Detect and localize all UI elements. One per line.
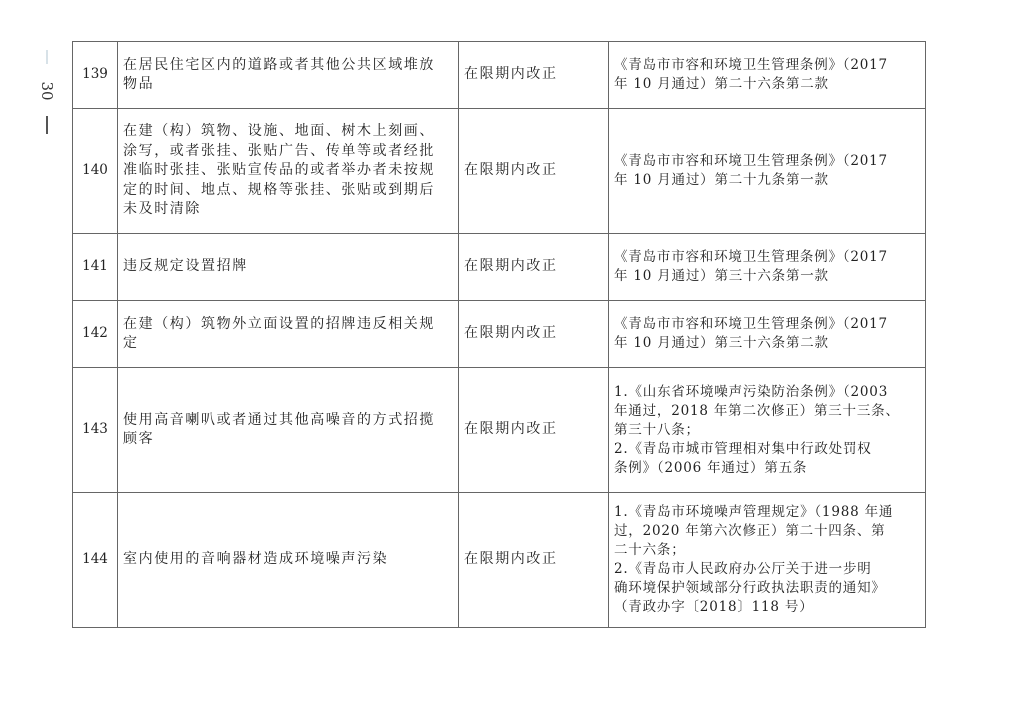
page-number-bar-top (46, 50, 48, 64)
text-line: 1.《青岛市环境噪声管理规定》（1988 年通 (614, 503, 921, 522)
text-line: 顾客 (123, 430, 453, 450)
text-line: 《青岛市市容和环境卫生管理条例》（2017 (614, 56, 921, 75)
table-row: 142在建（构）筑物外立面设置的招牌违反相关规定在限期内改正《青岛市市容和环境卫… (73, 301, 926, 368)
text-line: 年 10 月通过）第二十九条第一款 (614, 171, 921, 190)
legal-basis: 《青岛市市容和环境卫生管理条例》（2017年 10 月通过）第二十九条第一款 (609, 109, 926, 234)
penalty-table: 139在居民住宅区内的道路或者其他公共区域堆放物品在限期内改正《青岛市市容和环境… (72, 41, 926, 628)
text-line: 物品 (123, 75, 453, 95)
corrective-measure: 在限期内改正 (459, 301, 609, 368)
table-row: 144室内使用的音响器材造成环境噪声污染在限期内改正1.《青岛市环境噪声管理规定… (73, 493, 926, 628)
text-line: 1.《山东省环境噪声污染防治条例》（2003 (614, 383, 921, 402)
text-line: 确环境保护领域部分行政执法职责的通知》 (614, 579, 921, 598)
text-line: 《青岛市市容和环境卫生管理条例》（2017 (614, 152, 921, 171)
text-line: 2.《青岛市人民政府办公厅关于进一步明 (614, 560, 921, 579)
text-line: 年 10 月通过）第三十六条第二款 (614, 334, 921, 353)
legal-basis: 1.《青岛市环境噪声管理规定》（1988 年通过，2020 年第六次修正）第二十… (609, 493, 926, 628)
corrective-measure: 在限期内改正 (459, 42, 609, 109)
text-line: 使用高音喇叭或者通过其他高噪音的方式招揽 (123, 411, 453, 431)
table-row: 139在居民住宅区内的道路或者其他公共区域堆放物品在限期内改正《青岛市市容和环境… (73, 42, 926, 109)
text-line: 违反规定设置招牌 (123, 257, 453, 277)
page-number-bar-bottom (46, 116, 48, 134)
row-number: 140 (73, 109, 118, 234)
text-line: 过，2020 年第六次修正）第二十四条、第 (614, 522, 921, 541)
table-row: 143使用高音喇叭或者通过其他高噪音的方式招揽顾客在限期内改正1.《山东省环境噪… (73, 368, 926, 493)
violation-description: 室内使用的音响器材造成环境噪声污染 (118, 493, 459, 628)
row-number: 143 (73, 368, 118, 493)
text-line: 年 10 月通过）第二十六条第二款 (614, 75, 921, 94)
table-body: 139在居民住宅区内的道路或者其他公共区域堆放物品在限期内改正《青岛市市容和环境… (73, 42, 926, 628)
violation-description: 在建（构）筑物、设施、地面、树木上刻画、涂写，或者张挂、张贴广告、传单等或者经批… (118, 109, 459, 234)
corrective-measure: 在限期内改正 (459, 109, 609, 234)
text-line: 涂写，或者张挂、张贴广告、传单等或者经批 (123, 142, 453, 162)
row-number: 139 (73, 42, 118, 109)
text-line: 第三十八条； (614, 421, 921, 440)
text-line: 《青岛市市容和环境卫生管理条例》（2017 (614, 315, 921, 334)
text-line: 2.《青岛市城市管理相对集中行政处罚权 (614, 440, 921, 459)
violation-description: 在居民住宅区内的道路或者其他公共区域堆放物品 (118, 42, 459, 109)
text-line: 在居民住宅区内的道路或者其他公共区域堆放 (123, 56, 453, 76)
text-line: 定 (123, 334, 453, 354)
text-line: （青政办字〔2018〕118 号） (614, 598, 921, 617)
text-line: 定的时间、地点、规格等张挂、张贴或到期后 (123, 181, 453, 201)
text-line: 年通过，2018 年第二次修正）第三十三条、 (614, 402, 921, 421)
text-line: 未及时清除 (123, 200, 453, 220)
corrective-measure: 在限期内改正 (459, 234, 609, 301)
table-row: 141违反规定设置招牌在限期内改正《青岛市市容和环境卫生管理条例》（2017年 … (73, 234, 926, 301)
text-line: 条例》（2006 年通过）第五条 (614, 459, 921, 478)
violation-description: 违反规定设置招牌 (118, 234, 459, 301)
legal-basis: 《青岛市市容和环境卫生管理条例》（2017年 10 月通过）第二十六条第二款 (609, 42, 926, 109)
violation-description: 在建（构）筑物外立面设置的招牌违反相关规定 (118, 301, 459, 368)
text-line: 《青岛市市容和环境卫生管理条例》（2017 (614, 248, 921, 267)
page-number: 30 (36, 50, 56, 140)
text-line: 在建（构）筑物外立面设置的招牌违反相关规 (123, 315, 453, 335)
text-line: 室内使用的音响器材造成环境噪声污染 (123, 550, 453, 570)
violation-description: 使用高音喇叭或者通过其他高噪音的方式招揽顾客 (118, 368, 459, 493)
row-number: 142 (73, 301, 118, 368)
row-number: 141 (73, 234, 118, 301)
text-line: 准临时张挂、张贴宣传品的或者举办者未按规 (123, 161, 453, 181)
text-line: 二十六条； (614, 541, 921, 560)
text-line: 在建（构）筑物、设施、地面、树木上刻画、 (123, 122, 453, 142)
legal-basis: 《青岛市市容和环境卫生管理条例》（2017年 10 月通过）第三十六条第一款 (609, 234, 926, 301)
corrective-measure: 在限期内改正 (459, 493, 609, 628)
legal-basis: 1.《山东省环境噪声污染防治条例》（2003年通过，2018 年第二次修正）第三… (609, 368, 926, 493)
corrective-measure: 在限期内改正 (459, 368, 609, 493)
row-number: 144 (73, 493, 118, 628)
legal-basis: 《青岛市市容和环境卫生管理条例》（2017年 10 月通过）第三十六条第二款 (609, 301, 926, 368)
text-line: 年 10 月通过）第三十六条第一款 (614, 267, 921, 286)
page-number-text: 30 (38, 80, 56, 102)
table-row: 140在建（构）筑物、设施、地面、树木上刻画、涂写，或者张挂、张贴广告、传单等或… (73, 109, 926, 234)
